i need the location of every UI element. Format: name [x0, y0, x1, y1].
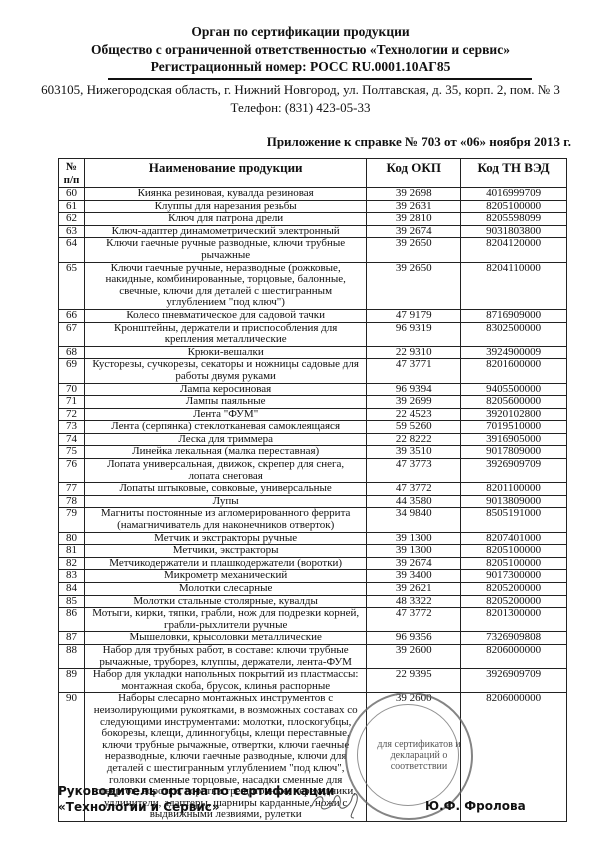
- row-okp-code: 39 2698: [367, 188, 461, 201]
- row-okp-code: 22 4523: [367, 408, 461, 421]
- row-tnved-code: 8201600000: [461, 359, 567, 383]
- row-tnved-code: 8205100000: [461, 545, 567, 558]
- table-row: 77Лопаты штыковые, совковые, универсальн…: [59, 483, 567, 496]
- table-row: 75Линейка лекальная (малка переставная)3…: [59, 446, 567, 459]
- row-okp-code: 39 2650: [367, 238, 461, 262]
- table-row: 65Ключи гаечные ручные, неразводные (рож…: [59, 262, 567, 309]
- row-number: 85: [59, 595, 85, 608]
- row-okp-code: 22 9310: [367, 346, 461, 359]
- row-product-name: Метчикодержатели и плашкодержатели (воро…: [84, 557, 366, 570]
- row-tnved-code: 3916905000: [461, 433, 567, 446]
- table-row: 89Набор для укладки напольных покрытий и…: [59, 669, 567, 693]
- table-header-row: № п/п Наименование продукции Код ОКП Код…: [59, 159, 567, 188]
- row-tnved-code: 8716909000: [461, 309, 567, 322]
- row-number: 61: [59, 200, 85, 213]
- table-row: 73Лента (серпянка) стеклотканевая самокл…: [59, 421, 567, 434]
- row-product-name: Мотыги, кирки, тяпки, грабли, нож для по…: [84, 608, 366, 632]
- row-okp-code: 48 3322: [367, 595, 461, 608]
- table-row: 86Мотыги, кирки, тяпки, грабли, нож для …: [59, 608, 567, 632]
- row-tnved-code: 8207401000: [461, 532, 567, 545]
- row-tnved-code: 8205200000: [461, 595, 567, 608]
- row-tnved-code: 7019510000: [461, 421, 567, 434]
- row-number: 79: [59, 508, 85, 532]
- row-product-name: Клуппы для нарезания резьбы: [84, 200, 366, 213]
- org-phone: Телефон: (831) 423-05-33: [0, 100, 601, 116]
- row-number: 78: [59, 495, 85, 508]
- row-product-name: Лопаты штыковые, совковые, универсальные: [84, 483, 366, 496]
- row-product-name: Метчик и экстракторы ручные: [84, 532, 366, 545]
- appendix-title: Приложение к справке № 703 от «06» ноябр…: [267, 134, 571, 150]
- row-number: 83: [59, 570, 85, 583]
- row-number: 74: [59, 433, 85, 446]
- row-number: 70: [59, 383, 85, 396]
- table-row: 61Клуппы для нарезания резьбы39 26318205…: [59, 200, 567, 213]
- row-okp-code: 39 2810: [367, 213, 461, 226]
- row-okp-code: 39 2631: [367, 200, 461, 213]
- row-product-name: Лопата универсальная, движок, скрепер дл…: [84, 459, 366, 483]
- org-company: Общество с ограниченной ответственностью…: [0, 42, 601, 58]
- row-number: 76: [59, 459, 85, 483]
- row-okp-code: 47 3773: [367, 459, 461, 483]
- row-number: 65: [59, 262, 85, 309]
- row-okp-code: 47 3772: [367, 483, 461, 496]
- row-product-name: Колесо пневматическое для садовой тачки: [84, 309, 366, 322]
- row-tnved-code: 3924900009: [461, 346, 567, 359]
- table-row: 67Кронштейны, держатели и приспособления…: [59, 322, 567, 346]
- row-tnved-code: 8205100000: [461, 557, 567, 570]
- row-product-name: Лента (серпянка) стеклотканевая самоклея…: [84, 421, 366, 434]
- table-row: 81Метчики, экстракторы39 13008205100000: [59, 545, 567, 558]
- row-number: 68: [59, 346, 85, 359]
- row-okp-code: 96 9394: [367, 383, 461, 396]
- signer-name: Ю.Ф. Фролова: [425, 799, 526, 813]
- row-okp-code: 39 1300: [367, 532, 461, 545]
- row-product-name: Набор для трубных работ, в составе: ключ…: [84, 644, 366, 668]
- row-tnved-code: 7326909808: [461, 632, 567, 645]
- row-number: 69: [59, 359, 85, 383]
- row-product-name: Ключ-адаптер динамометрический электронн…: [84, 225, 366, 238]
- row-tnved-code: 9031803800: [461, 225, 567, 238]
- row-tnved-code: 3926909709: [461, 459, 567, 483]
- row-product-name: Метчики, экстракторы: [84, 545, 366, 558]
- table-row: 71Лампы паяльные39 26998205600000: [59, 396, 567, 409]
- footer-role-line2: «Технологии и Сервис»: [58, 799, 335, 815]
- table-row: 63Ключ-адаптер динамометрический электро…: [59, 225, 567, 238]
- row-okp-code: 22 8222: [367, 433, 461, 446]
- row-product-name: Микрометр механический: [84, 570, 366, 583]
- row-okp-code: 39 2621: [367, 583, 461, 596]
- row-tnved-code: 8205598099: [461, 213, 567, 226]
- row-tnved-code: 8302500000: [461, 322, 567, 346]
- table-row: 74Леска для триммера22 82223916905000: [59, 433, 567, 446]
- row-product-name: Мышеловки, крысоловки металлические: [84, 632, 366, 645]
- row-okp-code: 39 2699: [367, 396, 461, 409]
- table-row: 62Ключ для патрона дрели39 2810820559809…: [59, 213, 567, 226]
- row-product-name: Лампы паяльные: [84, 396, 366, 409]
- row-number: 81: [59, 545, 85, 558]
- row-number: 66: [59, 309, 85, 322]
- products-table: № п/п Наименование продукции Код ОКП Код…: [58, 158, 567, 822]
- row-number: 89: [59, 669, 85, 693]
- row-okp-code: 39 3400: [367, 570, 461, 583]
- row-tnved-code: 8204120000: [461, 238, 567, 262]
- row-product-name: Кронштейны, держатели и приспособления д…: [84, 322, 366, 346]
- table-row: 76Лопата универсальная, движок, скрепер …: [59, 459, 567, 483]
- row-product-name: Леска для триммера: [84, 433, 366, 446]
- org-title: Орган по сертификации продукции: [0, 24, 601, 40]
- row-tnved-code: 8206000000: [461, 644, 567, 668]
- col-header-tnved: Код ТН ВЭД: [461, 159, 567, 188]
- row-product-name: Молотки стальные столярные, кувалды: [84, 595, 366, 608]
- table-row: 88Набор для трубных работ, в составе: кл…: [59, 644, 567, 668]
- row-tnved-code: 8505191000: [461, 508, 567, 532]
- row-product-name: Линейка лекальная (малка переставная): [84, 446, 366, 459]
- row-product-name: Магниты постоянные из агломерированного …: [84, 508, 366, 532]
- row-tnved-code: 8205100000: [461, 200, 567, 213]
- row-okp-code: 47 3771: [367, 359, 461, 383]
- org-address: 603105, Нижегородская область, г. Нижний…: [0, 82, 601, 98]
- col-header-name: Наименование продукции: [84, 159, 366, 188]
- row-product-name: Крюки-вешалки: [84, 346, 366, 359]
- row-okp-code: 96 9319: [367, 322, 461, 346]
- table-row: 82Метчикодержатели и плашкодержатели (во…: [59, 557, 567, 570]
- row-okp-code: 44 3580: [367, 495, 461, 508]
- table-row: 83Микрометр механический39 3400901730000…: [59, 570, 567, 583]
- row-okp-code: 39 3510: [367, 446, 461, 459]
- table-row: 68Крюки-вешалки22 93103924900009: [59, 346, 567, 359]
- row-product-name: Киянка резиновая, кувалда резиновая: [84, 188, 366, 201]
- row-okp-code: 34 9840: [367, 508, 461, 532]
- row-number: 86: [59, 608, 85, 632]
- row-number: 82: [59, 557, 85, 570]
- col-header-okp: Код ОКП: [367, 159, 461, 188]
- row-number: 63: [59, 225, 85, 238]
- row-okp-code: 39 2674: [367, 557, 461, 570]
- row-tnved-code: 9017809000: [461, 446, 567, 459]
- row-tnved-code: 9017300000: [461, 570, 567, 583]
- footer-role: Руководитель органа по сертификации «Тех…: [58, 783, 335, 815]
- row-product-name: Кусторезы, сучкорезы, секаторы и ножницы…: [84, 359, 366, 383]
- row-tnved-code: 9405500000: [461, 383, 567, 396]
- table-row: 64Ключи гаечные ручные разводные, ключи …: [59, 238, 567, 262]
- row-okp-code: 22 9395: [367, 669, 461, 693]
- row-tnved-code: 8205600000: [461, 396, 567, 409]
- row-okp-code: 47 9179: [367, 309, 461, 322]
- org-registration: Регистрационный номер: РОСС RU.0001.10АГ…: [0, 59, 601, 75]
- row-tnved-code: 4016999709: [461, 188, 567, 201]
- row-number: 87: [59, 632, 85, 645]
- row-tnved-code: 3926909709: [461, 669, 567, 693]
- table-row: 87Мышеловки, крысоловки металлические96 …: [59, 632, 567, 645]
- table-row: 69Кусторезы, сучкорезы, секаторы и ножни…: [59, 359, 567, 383]
- row-number: 64: [59, 238, 85, 262]
- stamp-text: для сертификатов и деклараций о соответс…: [374, 739, 464, 772]
- header-divider: [108, 78, 532, 80]
- row-number: 80: [59, 532, 85, 545]
- table-row: 70Лампа керосиновая96 93949405500000: [59, 383, 567, 396]
- row-number: 62: [59, 213, 85, 226]
- col-header-number: № п/п: [59, 159, 85, 188]
- table-row: 84Молотки слесарные39 26218205200000: [59, 583, 567, 596]
- table-row: 80Метчик и экстракторы ручные39 13008207…: [59, 532, 567, 545]
- table-row: 79Магниты постоянные из агломерированног…: [59, 508, 567, 532]
- row-tnved-code: 3920102800: [461, 408, 567, 421]
- table-row: 78Лупы44 35809013809000: [59, 495, 567, 508]
- table-row: 72Лента "ФУМ"22 45233920102800: [59, 408, 567, 421]
- row-product-name: Лампа керосиновая: [84, 383, 366, 396]
- row-product-name: Молотки слесарные: [84, 583, 366, 596]
- row-okp-code: 47 3772: [367, 608, 461, 632]
- table-row: 66Колесо пневматическое для садовой тачк…: [59, 309, 567, 322]
- row-tnved-code: 8201300000: [461, 608, 567, 632]
- row-number: 88: [59, 644, 85, 668]
- row-number: 67: [59, 322, 85, 346]
- row-okp-code: 59 5260: [367, 421, 461, 434]
- row-product-name: Набор для укладки напольных покрытий из …: [84, 669, 366, 693]
- row-tnved-code: 9013809000: [461, 495, 567, 508]
- row-okp-code: 96 9356: [367, 632, 461, 645]
- row-number: 71: [59, 396, 85, 409]
- row-tnved-code: 8204110000: [461, 262, 567, 309]
- footer-role-line1: Руководитель органа по сертификации: [58, 783, 335, 799]
- row-number: 75: [59, 446, 85, 459]
- row-number: 77: [59, 483, 85, 496]
- row-number: 72: [59, 408, 85, 421]
- row-product-name: Ключи гаечные ручные разводные, ключи тр…: [84, 238, 366, 262]
- row-tnved-code: 8205200000: [461, 583, 567, 596]
- row-product-name: Лупы: [84, 495, 366, 508]
- row-number: 84: [59, 583, 85, 596]
- row-okp-code: 39 2650: [367, 262, 461, 309]
- row-product-name: Ключи гаечные ручные, неразводные (рожко…: [84, 262, 366, 309]
- row-tnved-code: 8201100000: [461, 483, 567, 496]
- row-okp-code: 39 1300: [367, 545, 461, 558]
- table-row: 60Киянка резиновая, кувалда резиновая39 …: [59, 188, 567, 201]
- row-number: 60: [59, 188, 85, 201]
- row-product-name: Ключ для патрона дрели: [84, 213, 366, 226]
- table-row: 85Молотки стальные столярные, кувалды48 …: [59, 595, 567, 608]
- row-okp-code: 39 2600: [367, 644, 461, 668]
- row-okp-code: 39 2674: [367, 225, 461, 238]
- row-product-name: Лента "ФУМ": [84, 408, 366, 421]
- row-number: 73: [59, 421, 85, 434]
